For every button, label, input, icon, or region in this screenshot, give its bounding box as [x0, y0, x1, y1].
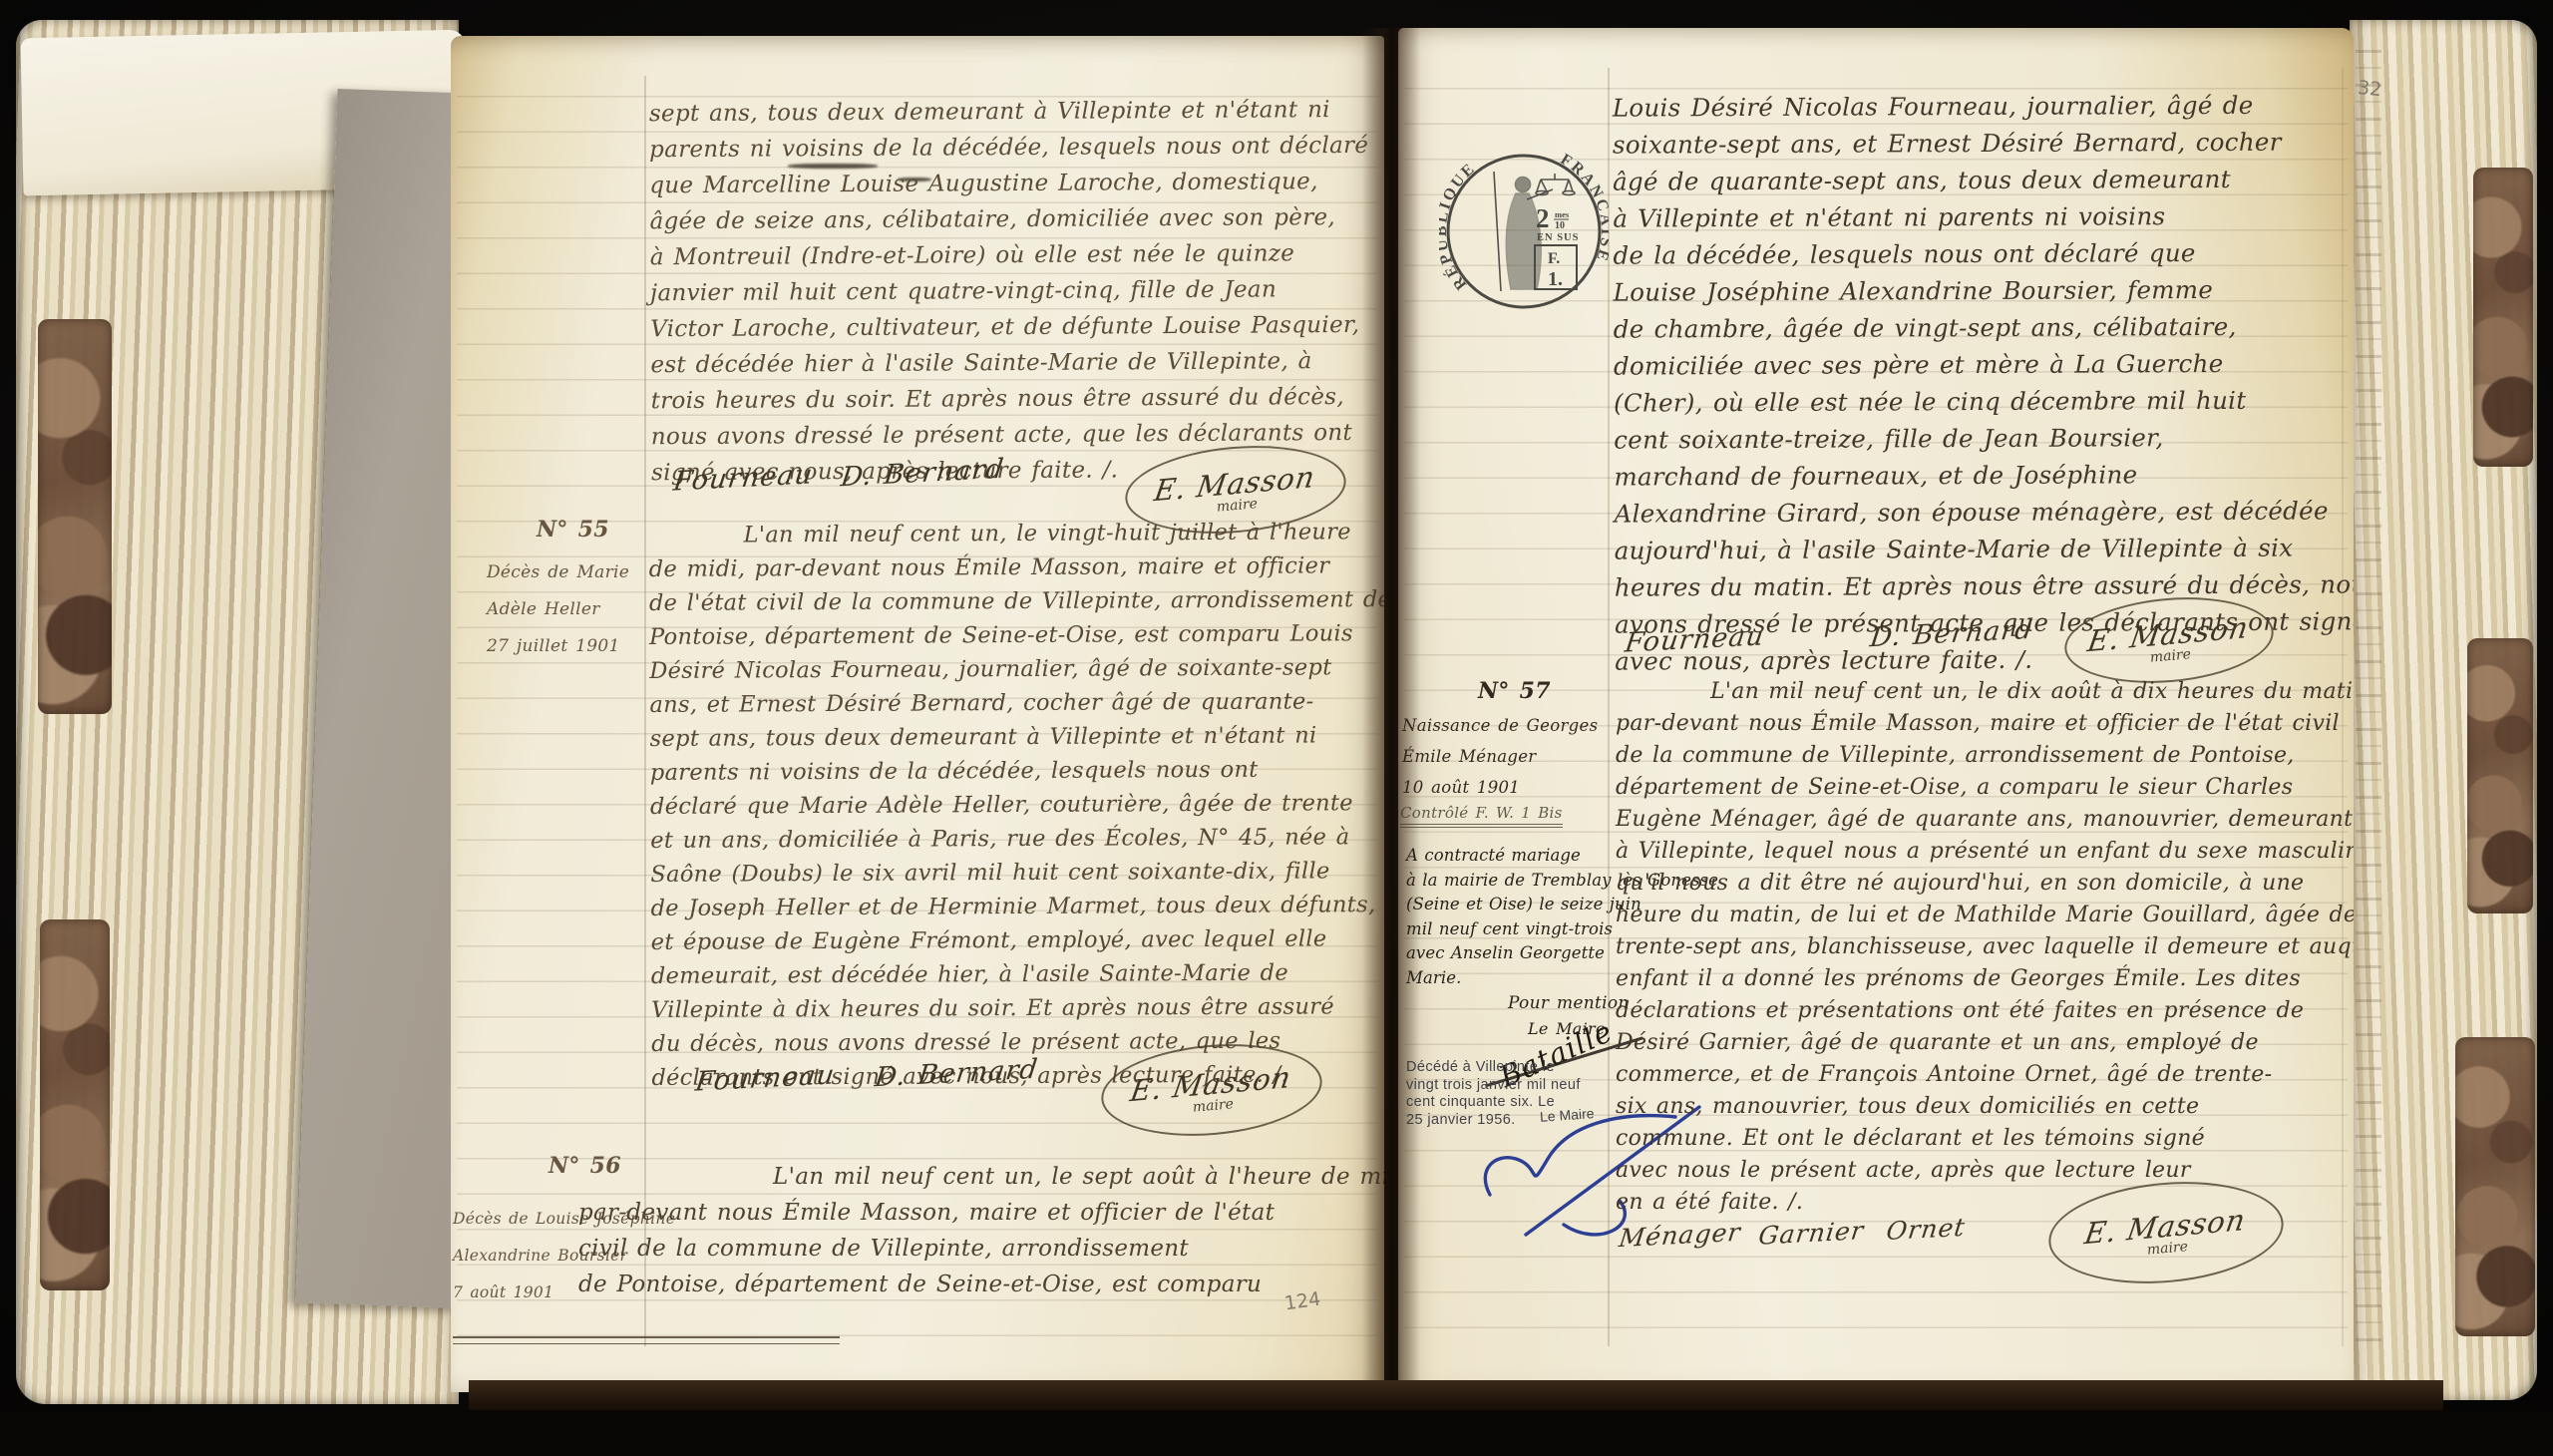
- signature-ornet: Ornet: [1885, 1213, 1968, 1246]
- margin-separator-rule: [453, 1336, 840, 1344]
- mayor-signature: E. Masson: [1152, 459, 1317, 508]
- mayor-signature: E. Masson: [2082, 1202, 2248, 1251]
- act-55-margin-note: Décès de MarieAdèle Heller27 juillet 190…: [487, 554, 629, 665]
- marbled-cover-patch: [40, 919, 110, 1290]
- stamp-arc-left: RÉPUBLIQUE: [1439, 160, 1479, 293]
- republique-francaise-stamp: RÉPUBLIQUE FRANÇAISE: [1439, 147, 1609, 316]
- marbled-cover-patch: [2473, 168, 2533, 467]
- svg-text:2: 2: [1536, 203, 1550, 233]
- mayor-signature: E. Masson: [1128, 1059, 1293, 1108]
- marriage-note-mention: Pour mention: [1508, 993, 1630, 1013]
- act-56-text: L'an mil neuf cent un, le sept août à l'…: [578, 1159, 1384, 1302]
- controle-annotation: Contrôlé F. W. 1 Bis: [1400, 804, 1563, 828]
- margin-rule: [644, 76, 646, 1346]
- table-surface: [0, 1410, 2553, 1456]
- pencil-page-number: 124: [1283, 1288, 1322, 1315]
- act-56-continuation-text: Louis Désiré Nicolas Fourneau, journalie…: [1613, 86, 2346, 679]
- stamp-arc-right: FRANÇAISE: [1558, 151, 1609, 265]
- svg-text:F.: F.: [1548, 250, 1560, 267]
- svg-text:FRANÇAISE: FRANÇAISE: [1558, 151, 1609, 265]
- register-book: 32 sept ans, tous deux demeurant à Ville…: [0, 0, 2553, 1456]
- photo-backdrop: 32 sept ans, tous deux demeurant à Ville…: [0, 0, 2553, 1456]
- signature-fourneau: Fourneau: [672, 459, 816, 497]
- left-page: sept ans, tous deux demeurant à Villepin…: [451, 36, 1384, 1392]
- fore-edge-writing-slivers: [2356, 50, 2381, 1346]
- svg-text:RÉPUBLIQUE: RÉPUBLIQUE: [1439, 160, 1479, 293]
- marbled-cover-patch: [2467, 638, 2533, 913]
- svg-text:10: 10: [1555, 220, 1565, 231]
- right-page-edges: 32: [2350, 20, 2537, 1400]
- right-page: RÉPUBLIQUE FRANÇAISE: [1398, 28, 2354, 1392]
- svg-text:EN SUS: EN SUS: [1537, 232, 1579, 243]
- act-57-number: N° 57: [1478, 678, 1551, 704]
- marbled-cover-patch: [2455, 1037, 2535, 1336]
- marbled-cover-patch: [38, 319, 112, 714]
- act-55-number: N° 55: [537, 517, 609, 543]
- mayor-signature: E. Masson: [2085, 609, 2251, 658]
- act-55-text: L'an mil neuf cent un, le vingt-huit jui…: [648, 515, 1384, 1095]
- act-57-margin-note: Naissance de GeorgesÉmile Ménager10 août…: [1402, 710, 1598, 803]
- svg-text:1.: 1.: [1548, 268, 1563, 290]
- act-54-ending-text: sept ans, tous deux demeurant à Villepin…: [649, 92, 1384, 492]
- act-57-text: L'an mil neuf cent un, le dix août à dix…: [1616, 676, 2350, 1219]
- svg-text:mes: mes: [1555, 209, 1570, 219]
- signature-garnier: Garnier: [1757, 1216, 1866, 1250]
- pencil-folio-number: 32: [2357, 77, 2382, 101]
